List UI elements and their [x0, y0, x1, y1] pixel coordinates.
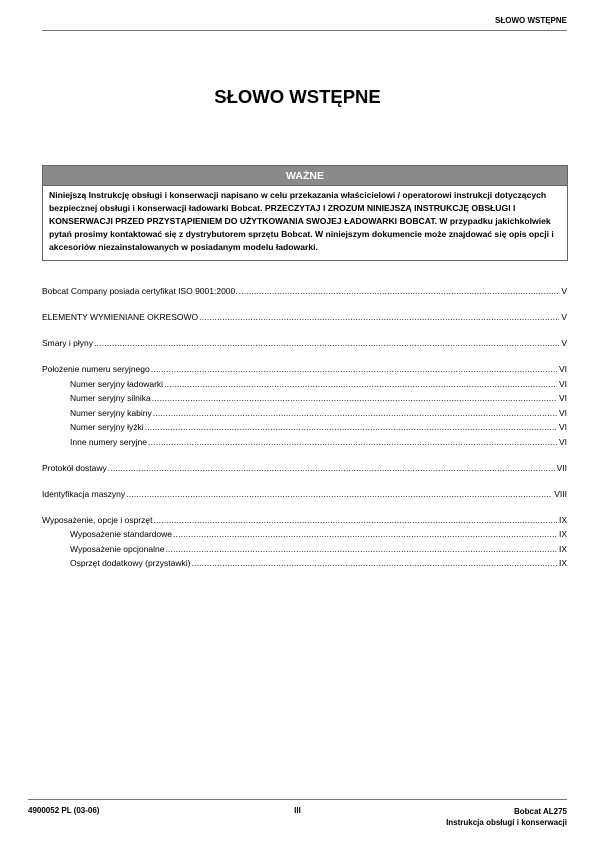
toc-group: Wyposażenie, opcje i osprzętIXWyposażeni…: [42, 513, 567, 571]
toc-entry-label: Osprzęt dodatkowy (przystawki): [70, 556, 190, 571]
toc-group: Smary i płynyV: [42, 336, 567, 351]
toc-entry[interactable]: Inne numery seryjneVI: [42, 435, 567, 450]
toc-leader-dots: [239, 284, 560, 299]
toc-entry[interactable]: Osprzęt dodatkowy (przystawki)IX: [42, 556, 567, 571]
running-header-title: SŁOWO WSTĘPNE: [495, 16, 567, 25]
toc-entry-label: Wyposażenie opcjonalne: [70, 542, 164, 557]
toc-entry-page: V: [561, 310, 567, 325]
toc-entry-label: Numer seryjny łyżki: [70, 420, 144, 435]
toc-leader-dots: [152, 391, 557, 406]
table-of-contents: Bobcat Company posiada certyfikat ISO 90…: [42, 284, 567, 582]
toc-entry-page: VIII: [554, 487, 567, 502]
toc-entry-label: Inne numery seryjne: [70, 435, 147, 450]
toc-leader-dots: [126, 487, 552, 502]
toc-leader-dots: [164, 377, 557, 392]
toc-entry-page: IX: [559, 556, 567, 571]
toc-entry[interactable]: Identyfikacja maszynyVIII: [42, 487, 567, 502]
toc-group: Bobcat Company posiada certyfikat ISO 90…: [42, 284, 567, 299]
toc-entry-label: Protokół dostawy: [42, 461, 107, 476]
header-divider: [42, 30, 567, 31]
toc-entry-page: VI: [559, 435, 567, 450]
toc-entry-page: V: [561, 284, 567, 299]
toc-leader-dots: [108, 461, 555, 476]
toc-entry-page: V: [561, 336, 567, 351]
toc-entry[interactable]: Numer seryjny łyżkiVI: [42, 420, 567, 435]
toc-leader-dots: [191, 556, 557, 571]
toc-entry[interactable]: Protokół dostawyVII: [42, 461, 567, 476]
toc-entry-label: Numer seryjny ładowarki: [70, 377, 163, 392]
toc-group: ELEMENTY WYMIENIANE OKRESOWOV: [42, 310, 567, 325]
toc-entry[interactable]: ELEMENTY WYMIENIANE OKRESOWOV: [42, 310, 567, 325]
toc-leader-dots: [148, 435, 557, 450]
toc-entry-label: Wyposażenie, opcje i osprzęt: [42, 513, 152, 528]
toc-group: Identyfikacja maszynyVIII: [42, 487, 567, 502]
toc-entry-label: Smary i płyny: [42, 336, 93, 351]
toc-entry-page: VI: [559, 420, 567, 435]
toc-leader-dots: [173, 527, 557, 542]
toc-entry[interactable]: Smary i płynyV: [42, 336, 567, 351]
toc-entry-label: Bobcat Company posiada certyfikat ISO 90…: [42, 284, 238, 299]
toc-entry-page: VI: [559, 377, 567, 392]
toc-group: Protokół dostawyVII: [42, 461, 567, 476]
footer-product: Bobcat AL275: [446, 806, 567, 817]
toc-entry[interactable]: Numer seryjny silnikaVI: [42, 391, 567, 406]
toc-leader-dots: [153, 513, 556, 528]
toc-entry-page: VI: [559, 391, 567, 406]
toc-entry-label: Wyposażenie standardowe: [70, 527, 172, 542]
toc-entry[interactable]: Bobcat Company posiada certyfikat ISO 90…: [42, 284, 567, 299]
toc-entry[interactable]: Wyposażenie standardoweIX: [42, 527, 567, 542]
toc-leader-dots: [94, 336, 559, 351]
notice-heading: WAŻNE: [43, 166, 567, 186]
toc-entry[interactable]: Numer seryjny kabinyVI: [42, 406, 567, 421]
toc-entry-label: ELEMENTY WYMIENIANE OKRESOWO: [42, 310, 198, 325]
toc-entry[interactable]: Wyposażenie opcjonalneIX: [42, 542, 567, 557]
toc-entry[interactable]: Numer seryjny ładowarkiVI: [42, 377, 567, 392]
footer-manual-title: Instrukcja obsługi i konserwacji: [446, 817, 567, 828]
toc-entry[interactable]: Wyposażenie, opcje i osprzętIX: [42, 513, 567, 528]
toc-entry-page: VII: [557, 461, 567, 476]
toc-leader-dots: [165, 542, 557, 557]
toc-entry-label: Numer seryjny kabiny: [70, 406, 152, 421]
footer-divider: [28, 799, 567, 800]
toc-entry-page: VI: [559, 406, 567, 421]
toc-entry[interactable]: Położenie numeru seryjnegoVI: [42, 362, 567, 377]
notice-body: Niniejszą Instrukcję obsługi i konserwac…: [43, 186, 567, 260]
footer-product-info: Bobcat AL275 Instrukcja obsługi i konser…: [446, 806, 567, 828]
toc-leader-dots: [153, 406, 557, 421]
page-title: SŁOWO WSTĘPNE: [0, 86, 595, 108]
toc-entry-label: Położenie numeru seryjnego: [42, 362, 150, 377]
toc-leader-dots: [145, 420, 557, 435]
toc-entry-page: IX: [559, 542, 567, 557]
toc-entry-page: VI: [559, 362, 567, 377]
toc-entry-label: Identyfikacja maszyny: [42, 487, 125, 502]
toc-leader-dots: [151, 362, 557, 377]
toc-leader-dots: [199, 310, 559, 325]
toc-entry-page: IX: [559, 527, 567, 542]
important-notice-box: WAŻNE Niniejszą Instrukcję obsługi i kon…: [42, 165, 568, 261]
toc-entry-page: IX: [559, 513, 567, 528]
toc-group: Położenie numeru seryjnegoVINumer seryjn…: [42, 362, 567, 449]
toc-entry-label: Numer seryjny silnika: [70, 391, 151, 406]
